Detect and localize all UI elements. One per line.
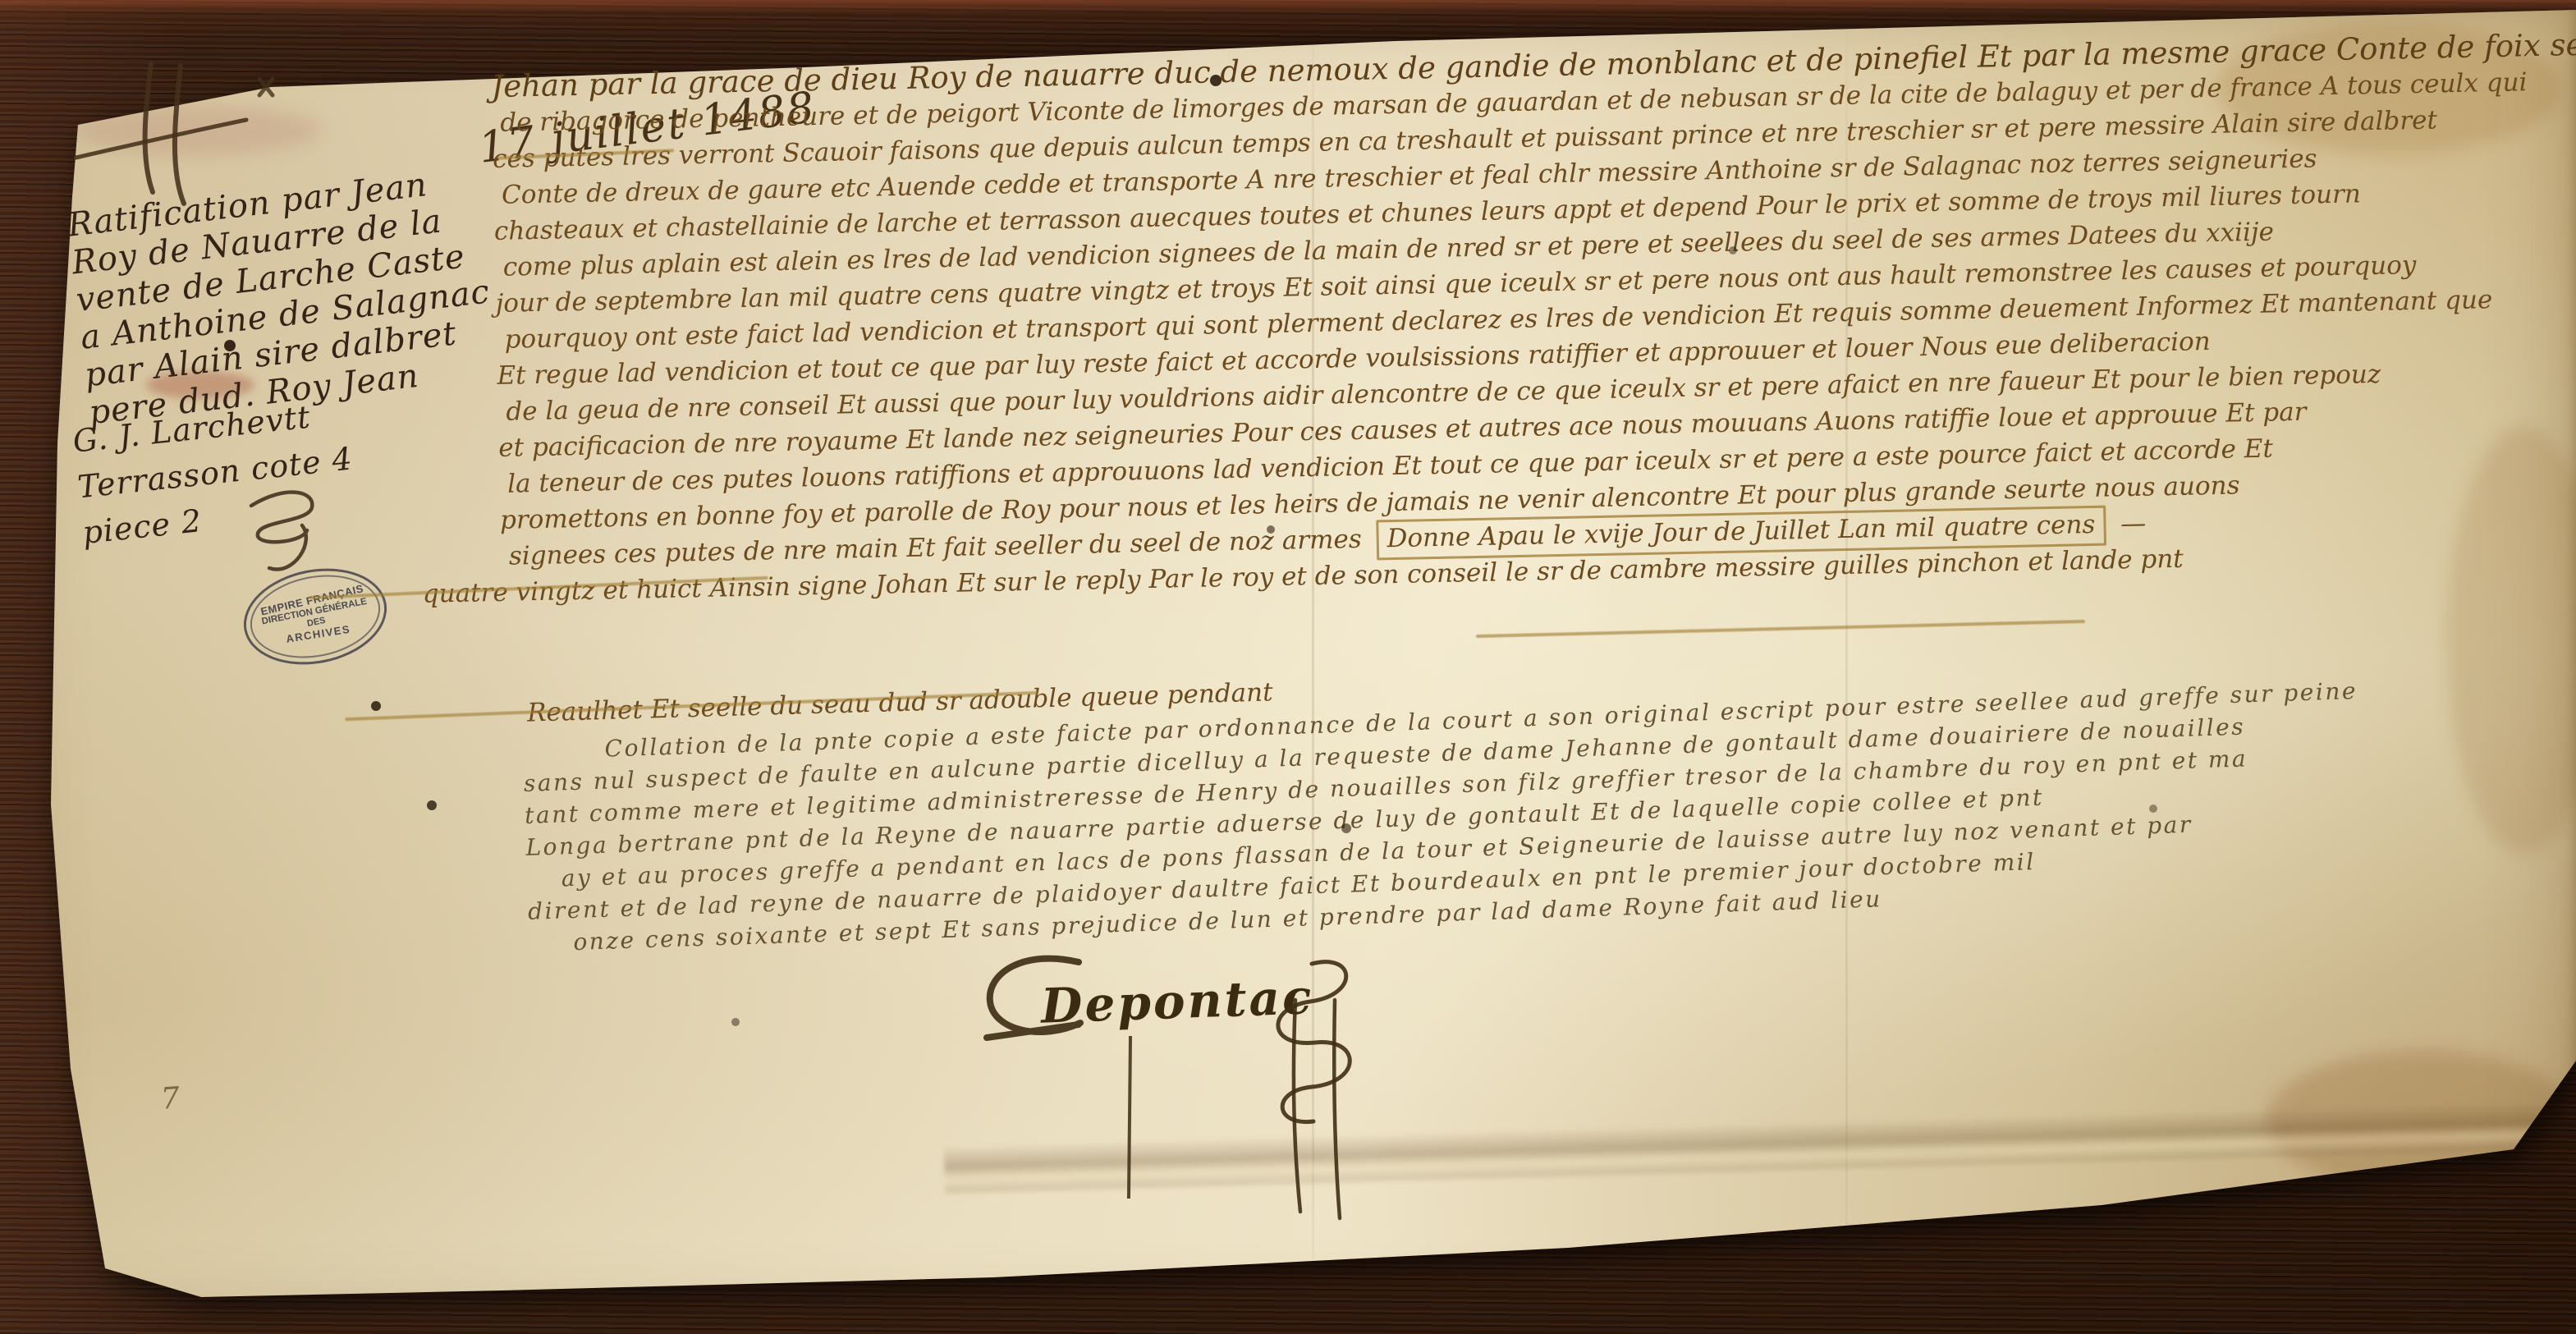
signature-paraph xyxy=(1259,951,1374,1230)
ink-specks xyxy=(0,0,5,5)
paraph-flourish xyxy=(236,476,327,583)
archival-summary-note: Ratification par Jean Roy de Nauarre de … xyxy=(66,160,501,432)
stain xyxy=(2266,1051,2576,1190)
manuscript-photo: 17 juillet 1488 Ratification par Jean Ro… xyxy=(0,0,2576,1334)
folio-mark: 7 xyxy=(160,1081,181,1116)
charter-text: Jehan par la grace de dieu Roy de nauarr… xyxy=(491,27,2576,611)
charter-line-tail: — xyxy=(2120,509,2147,539)
bottom-fold-shadow xyxy=(944,1100,2576,1194)
